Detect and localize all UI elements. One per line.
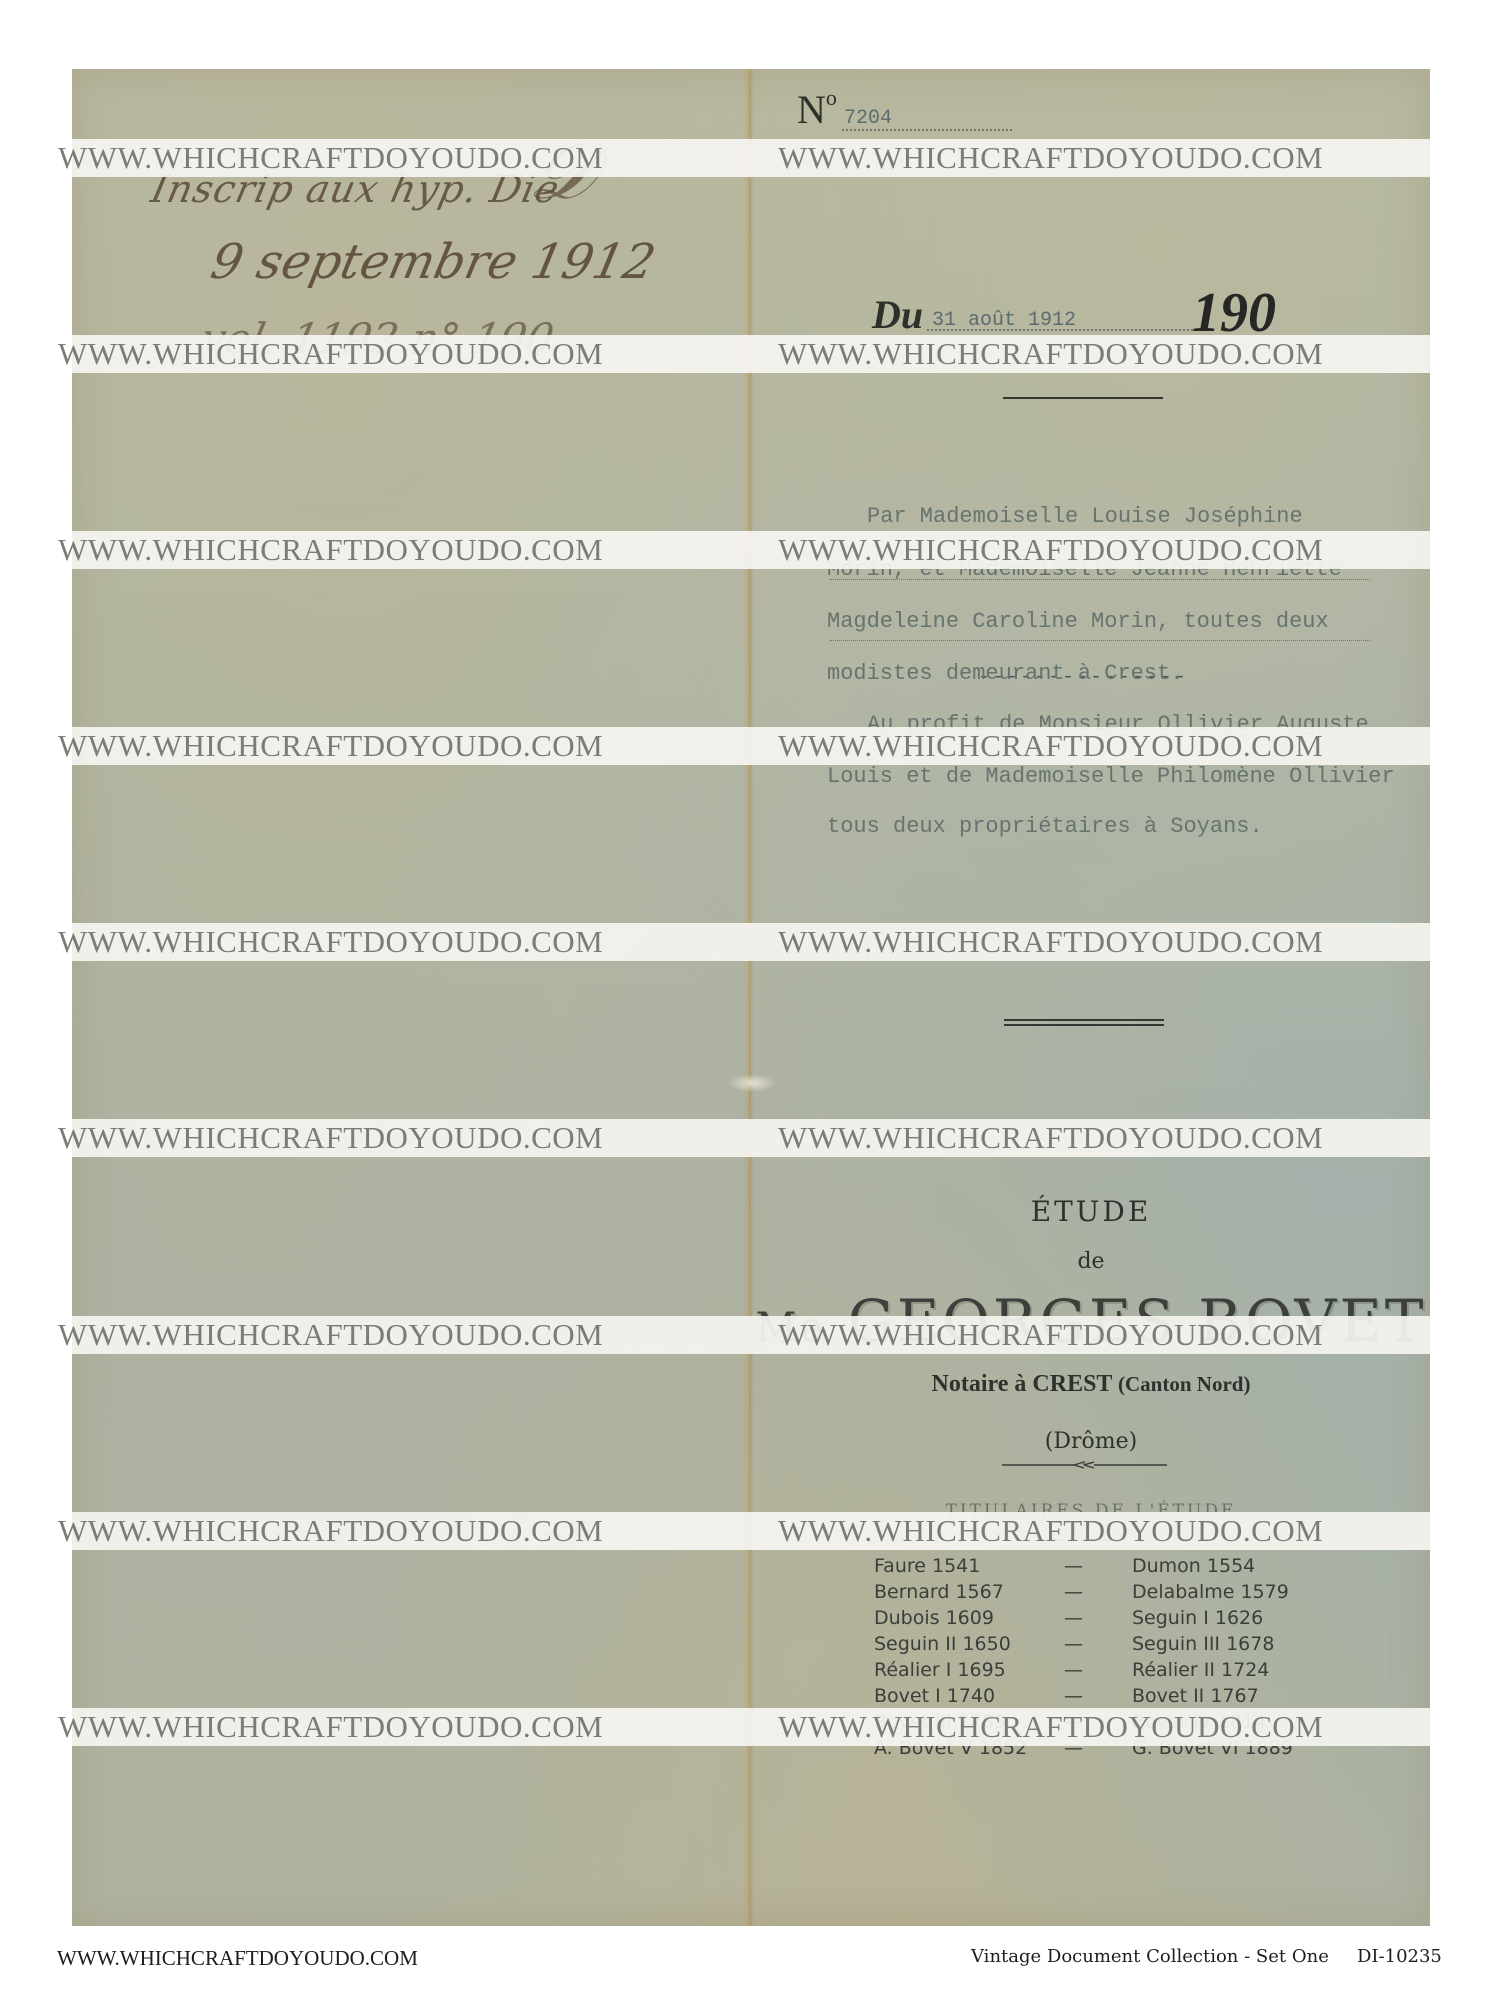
watermark-text: WWW.WHICHCRAFTDOYOUDO.COM xyxy=(58,1119,704,1157)
ornament-divider-icon xyxy=(1002,1459,1167,1471)
date-prefix: Du xyxy=(872,291,923,338)
watermark-text: WWW.WHICHCRAFTDOYOUDO.COM xyxy=(778,531,1420,569)
typed-line-7: tous deux propriétaires à Soyans. xyxy=(827,814,1263,839)
watermark-text: WWW.WHICHCRAFTDOYOUDO.COM xyxy=(778,1708,1420,1746)
notary-location: Notaire à CREST (Canton Nord) xyxy=(752,1371,1430,1398)
departement: (Drôme) xyxy=(752,1429,1430,1454)
footer-id: DI-10235 xyxy=(1357,1946,1442,1967)
typed-line-6: Louis et de Mademoiselle Philomène Olliv… xyxy=(827,764,1395,789)
double-rule-top xyxy=(1004,1019,1164,1021)
watermark-text: WWW.WHICHCRAFTDOYOUDO.COM xyxy=(58,531,704,569)
typed-line-3: Magdeleine Caroline Morin, toutes deux xyxy=(827,609,1329,634)
number-dotted-line xyxy=(842,129,1012,131)
date-dotted-line xyxy=(927,329,1197,331)
titulaire-row: Bernard 1567—Delabalme 1579 xyxy=(874,1579,1293,1605)
short-rule xyxy=(1003,397,1163,399)
watermark-text: WWW.WHICHCRAFTDOYOUDO.COM xyxy=(58,335,704,373)
etude-heading: ÉTUDE xyxy=(752,1195,1430,1228)
handwritten-date: 9 septembre 1912 xyxy=(206,234,660,290)
watermark-text: WWW.WHICHCRAFTDOYOUDO.COM xyxy=(58,1512,704,1550)
watermark-text: WWW.WHICHCRAFTDOYOUDO.COM xyxy=(778,1119,1420,1157)
number-label: No xyxy=(797,85,837,133)
titulaire-row: Bovet I 1740—Bovet II 1767 xyxy=(874,1683,1293,1709)
watermark-text: WWW.WHICHCRAFTDOYOUDO.COM xyxy=(58,139,704,177)
watermark-text: WWW.WHICHCRAFTDOYOUDO.COM xyxy=(58,923,704,961)
number-value: 7204 xyxy=(844,107,892,130)
watermark-text: WWW.WHICHCRAFTDOYOUDO.COM xyxy=(778,335,1420,373)
titulaire-row: Faure 1541—Dumon 1554 xyxy=(874,1553,1293,1579)
watermark-text: WWW.WHICHCRAFTDOYOUDO.COM xyxy=(58,1316,704,1354)
titulaire-row: Réalier I 1695—Réalier II 1724 xyxy=(874,1657,1293,1683)
titulaire-row: Seguin II 1650—Seguin III 1678 xyxy=(874,1631,1293,1657)
watermark-text: WWW.WHICHCRAFTDOYOUDO.COM xyxy=(778,1512,1420,1550)
titulaire-row: Dubois 1609—Seguin I 1626 xyxy=(874,1605,1293,1631)
watermark-text: WWW.WHICHCRAFTDOYOUDO.COM xyxy=(778,923,1420,961)
footer-site-link[interactable]: WWW.WHICHCRAFTDOYOUDO.COM xyxy=(57,1946,418,1971)
fold-tear xyxy=(727,1074,777,1092)
dotted-line xyxy=(830,579,1370,580)
watermark-text: WWW.WHICHCRAFTDOYOUDO.COM xyxy=(778,727,1420,765)
footer-collection: Vintage Document Collection - Set One xyxy=(971,1946,1329,1967)
typed-line-1: Par Mademoiselle Louise Joséphine xyxy=(867,504,1303,529)
watermark-text: WWW.WHICHCRAFTDOYOUDO.COM xyxy=(778,1316,1420,1354)
watermark-text: WWW.WHICHCRAFTDOYOUDO.COM xyxy=(778,139,1420,177)
etude-de: de xyxy=(752,1249,1430,1274)
watermark-text: WWW.WHICHCRAFTDOYOUDO.COM xyxy=(58,727,704,765)
dotted-line xyxy=(830,640,1370,641)
watermark-text: WWW.WHICHCRAFTDOYOUDO.COM xyxy=(58,1708,704,1746)
double-rule-bottom xyxy=(1004,1024,1164,1026)
typed-line-4: modistes demeurant à Crest. xyxy=(827,661,1183,686)
